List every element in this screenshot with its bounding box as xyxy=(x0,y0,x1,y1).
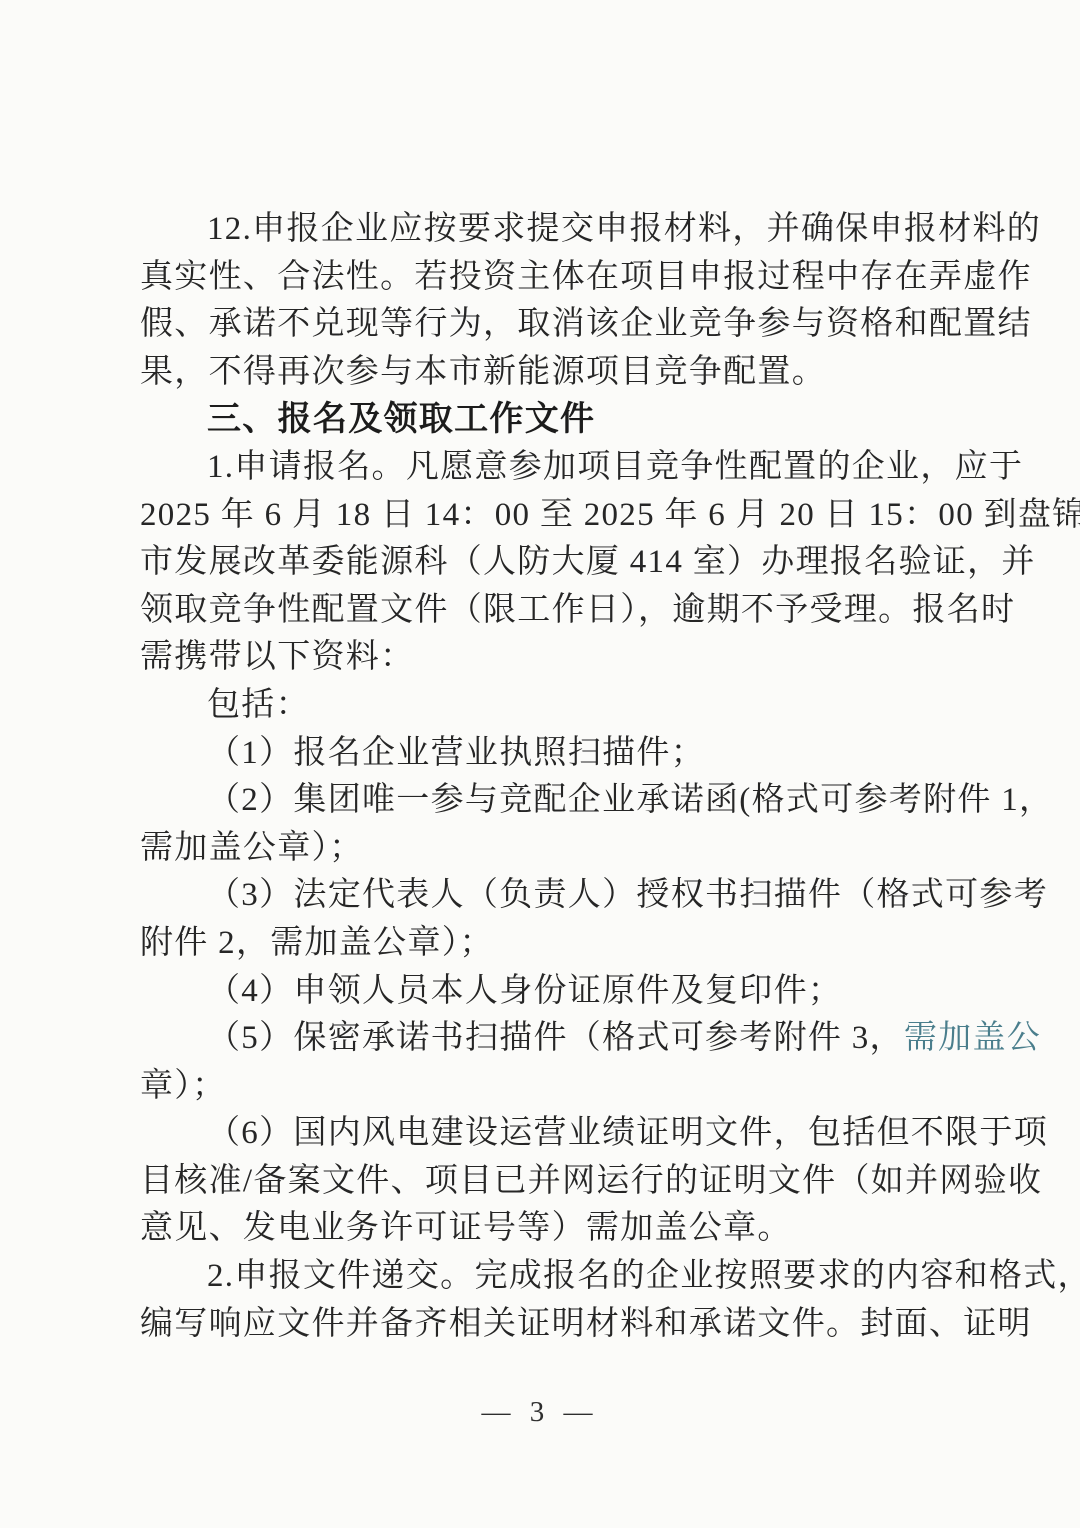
text-segment: （4）申领人员本人身份证原件及复印件； xyxy=(207,973,842,1009)
document-page: 12.申报企业应按要求提交申报材料，并确保申报材料的真实性、合法性。若投资主体在… xyxy=(0,0,1080,1528)
text-segment: （5）保密承诺书扫描件（格式可参考附件 3， xyxy=(207,1020,904,1056)
document-line: 章）； xyxy=(140,1063,965,1111)
text-segment: 领取竞争性配置文件（限工作日），逾期不予受理。报名时 xyxy=(140,592,1015,628)
document-line: 需加盖公章）； xyxy=(140,825,965,873)
document-line: 真实性、合法性。若投资主体在项目申报过程中存在弄虚作 xyxy=(140,254,965,302)
document-line: 1.申请报名。凡愿意参加项目竞争性配置的企业，应于 xyxy=(140,444,965,492)
text-segment: 附件 2，需加盖公章）； xyxy=(140,925,494,961)
text-segment: 需携带以下资料： xyxy=(140,639,414,675)
text-segment: 2025 年 6 月 18 日 14：00 至 2025 年 6 月 20 日 … xyxy=(140,497,1080,533)
text-segment: 需加盖公 xyxy=(904,1020,1041,1056)
section-heading: 三、报名及领取工作文件 xyxy=(140,396,965,444)
text-segment: 目核准/备案文件、项目已并网运行的证明文件（如并网验收 xyxy=(140,1163,1042,1199)
document-line: 2025 年 6 月 18 日 14：00 至 2025 年 6 月 20 日 … xyxy=(140,492,965,540)
document-line: 包括： xyxy=(140,682,965,730)
document-line: 编写响应文件并备齐相关证明材料和承诺文件。封面、证明 xyxy=(140,1301,965,1349)
document-line: （2）集团唯一参与竞配企业承诺函(格式可参考附件 1， xyxy=(140,777,965,825)
document-line: 果，不得再次参与本市新能源项目竞争配置。 xyxy=(140,349,965,397)
text-segment: （3）法定代表人（负责人）授权书扫描件（格式可参考 xyxy=(207,877,1048,913)
text-segment: 1.申请报名。凡愿意参加项目竞争性配置的企业，应于 xyxy=(207,449,1023,485)
document-line: 12.申报企业应按要求提交申报材料，并确保申报材料的 xyxy=(140,206,965,254)
document-line: （1）报名企业营业执照扫描件； xyxy=(140,730,965,778)
document-line: （5）保密承诺书扫描件（格式可参考附件 3，需加盖公 xyxy=(140,1015,965,1063)
document-line: 领取竞争性配置文件（限工作日），逾期不予受理。报名时 xyxy=(140,587,965,635)
text-segment: 假、承诺不兑现等行为，取消该企业竞争参与资格和配置结 xyxy=(140,306,1032,342)
text-segment: 需加盖公章）； xyxy=(140,830,364,866)
text-segment: （1）报名企业营业执照扫描件； xyxy=(207,735,705,771)
text-segment: 真实性、合法性。若投资主体在项目申报过程中存在弄虚作 xyxy=(140,259,1032,295)
text-segment: 12.申报企业应按要求提交申报材料，并确保申报材料的 xyxy=(207,211,1041,247)
text-segment: 编写响应文件并备齐相关证明材料和承诺文件。封面、证明 xyxy=(140,1306,1032,1342)
text-segment: （6）国内风电建设运营业绩证明文件，包括但不限于项 xyxy=(207,1115,1048,1151)
text-segment: 果，不得再次参与本市新能源项目竞争配置。 xyxy=(140,354,826,390)
page-footer: — 3 — xyxy=(0,1396,1080,1429)
text-segment: 市发展改革委能源科（人防大厦 414 室）办理报名验证，并 xyxy=(140,544,1036,580)
document-line: （6）国内风电建设运营业绩证明文件，包括但不限于项 xyxy=(140,1110,965,1158)
text-segment: 2.申报文件递交。完成报名的企业按照要求的内容和格式， xyxy=(207,1258,1080,1294)
text-segment: 三、报名及领取工作文件 xyxy=(207,400,595,438)
text-segment: 章）； xyxy=(140,1068,226,1104)
document-line: （4）申领人员本人身份证原件及复印件； xyxy=(140,968,965,1016)
page-number: — 3 — xyxy=(482,1396,599,1428)
text-segment: 意见、发电业务许可证号等）需加盖公章。 xyxy=(140,1210,792,1246)
document-line: 需携带以下资料： xyxy=(140,634,965,682)
document-line: 意见、发电业务许可证号等）需加盖公章。 xyxy=(140,1205,965,1253)
text-segment: 包括： xyxy=(207,687,310,723)
text-segment: （2）集团唯一参与竞配企业承诺函(格式可参考附件 1， xyxy=(207,782,1053,818)
document-line: （3）法定代表人（负责人）授权书扫描件（格式可参考 xyxy=(140,872,965,920)
document-line: 假、承诺不兑现等行为，取消该企业竞争参与资格和配置结 xyxy=(140,301,965,349)
document-line: 附件 2，需加盖公章）； xyxy=(140,920,965,968)
document-line: 2.申报文件递交。完成报名的企业按照要求的内容和格式， xyxy=(140,1253,965,1301)
document-line: 目核准/备案文件、项目已并网运行的证明文件（如并网验收 xyxy=(140,1158,965,1206)
document-body: 12.申报企业应按要求提交申报材料，并确保申报材料的真实性、合法性。若投资主体在… xyxy=(140,206,965,1348)
document-line: 市发展改革委能源科（人防大厦 414 室）办理报名验证，并 xyxy=(140,539,965,587)
